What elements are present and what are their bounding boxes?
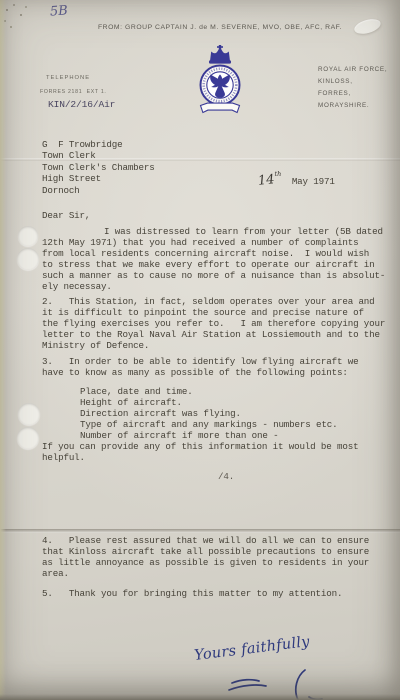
body-line: as little annoyance as possible is given…	[42, 557, 369, 568]
punch-hole	[17, 427, 39, 449]
body-line: 3. In order to be able to identify low f…	[42, 356, 358, 367]
body-line: have to know as many as possible of the …	[42, 367, 358, 378]
paragraph-5: 5. Thank you for bringing this matter to…	[42, 588, 342, 599]
body-line: 4. Please rest assured that we will do a…	[42, 535, 369, 546]
paragraph-3-close: If you can provide any of this informati…	[42, 441, 358, 463]
telephone-number: FORRES 2181 EXT 1.	[40, 89, 107, 95]
body-line: that Kinloss aircraft take all possible …	[42, 546, 369, 557]
from-line: FROM: GROUP CAPTAIN J. de M. SEVERNE, MV…	[40, 24, 400, 31]
body-line: such a manner as to cause no more of a n…	[42, 270, 385, 281]
checklist-item: Height of aircraft.	[80, 397, 337, 408]
body-line: it is difficult to pinpoint the source a…	[42, 307, 385, 318]
recipient-line: High Street	[42, 173, 155, 184]
punch-hole	[18, 226, 38, 246]
checklist-item: Number of aircraft if more than one -	[80, 430, 337, 441]
corner-annotation: 5B	[49, 3, 68, 19]
crest-crown	[209, 45, 231, 64]
recipient-line: Town Clerk's Chambers	[42, 162, 155, 173]
valediction-handwritten: Yours faithfully	[193, 634, 310, 664]
punch-hole	[18, 403, 40, 425]
recipient-address: G F Trowbridge Town Clerk Town Clerk's C…	[42, 139, 155, 196]
reference-number: KIN/2/16/Air	[48, 99, 115, 110]
paragraph-3: 3. In order to be able to identify low f…	[42, 356, 358, 378]
recipient-line: Town Clerk	[42, 150, 155, 161]
salutation: Dear Sir,	[42, 210, 90, 221]
date-ordinal: th	[275, 170, 282, 178]
checklist-item: Place, date and time.	[80, 386, 337, 397]
raf-crest-icon	[193, 45, 247, 115]
telephone-label: TELEPHONE	[46, 75, 90, 81]
date-line: 14th May 1971	[258, 170, 335, 189]
body-line: to stress that we make every effort to o…	[42, 259, 385, 270]
recipient-line: G F Trowbridge	[42, 139, 155, 150]
checklist-item: Type of aircraft and any markings - numb…	[80, 419, 337, 430]
paragraph-1: I was distressed to learn from your lett…	[42, 226, 385, 292]
paragraph-2: 2. This Station, in fact, seldom operate…	[42, 296, 385, 351]
recipient-line: Dornoch	[42, 185, 155, 196]
paper-bottom-edge	[0, 694, 400, 700]
body-line: I was distressed to learn from your lett…	[42, 226, 385, 237]
punch-hole	[17, 248, 39, 270]
station-address-line: FORRES,	[318, 88, 387, 100]
body-line: the flying exercises you refer to. I am …	[42, 318, 385, 329]
fold-crease	[0, 529, 400, 533]
body-line: If you can provide any of this informati…	[42, 441, 358, 452]
body-line: helpful.	[42, 452, 358, 463]
backing-sheet-edge	[0, 0, 6, 700]
body-line: from local residents concerning aircraft…	[42, 248, 385, 259]
checklist-item: Direction aircraft was flying.	[80, 408, 337, 419]
body-line: letter to the Royal Naval Air Station at…	[42, 329, 385, 340]
station-address-line: MORAYSHIRE.	[318, 100, 387, 112]
station-address: ROYAL AIR FORCE, KINLOSS, FORRES, MORAYS…	[318, 64, 387, 112]
station-address-line: ROYAL AIR FORCE,	[318, 64, 387, 76]
paper-tear-mark	[353, 17, 383, 37]
checklist: Place, date and time. Height of aircraft…	[80, 386, 337, 441]
date-month-year: May 1971	[292, 176, 335, 187]
station-address-line: KINLOSS,	[318, 76, 387, 88]
crest-banner	[201, 103, 240, 112]
body-line: 2. This Station, in fact, seldom operate…	[42, 296, 385, 307]
body-line: Ministry of Defence.	[42, 340, 385, 351]
body-line: 12th May 1971) that you had received a n…	[42, 237, 385, 248]
scanned-letter: 5B FROM: GROUP CAPTAIN J. de M. SEVERNE,…	[0, 0, 400, 700]
date-day-handwritten: 14	[257, 172, 275, 189]
body-line: area.	[42, 568, 369, 579]
body-line: 5. Thank you for bringing this matter to…	[42, 588, 342, 599]
continuation-mark: /4.	[218, 471, 234, 482]
paragraph-4: 4. Please rest assured that we will do a…	[42, 535, 369, 579]
body-line: ely necessay.	[42, 281, 385, 292]
